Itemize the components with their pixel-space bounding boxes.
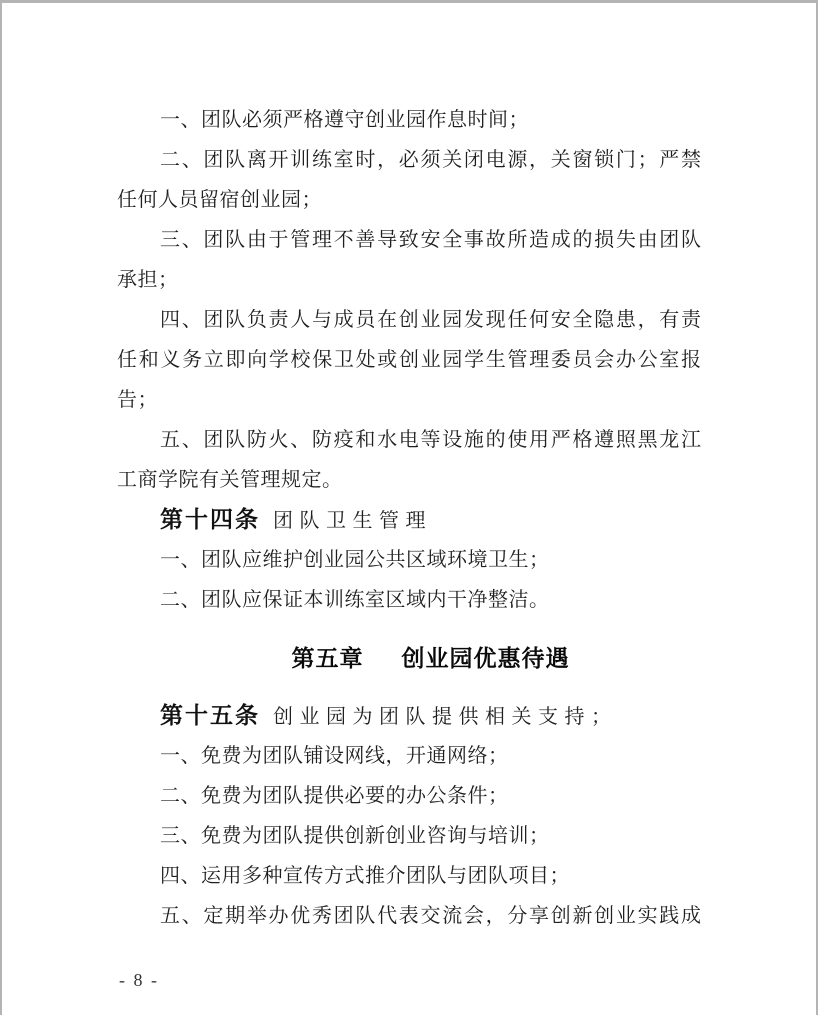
body-line: 一、免费为团队铺设网线，开通网络； <box>117 736 701 776</box>
body-line: 一、团队必须严格遵守创业园作息时间； <box>117 100 701 140</box>
body-line: 三、团队由于管理不善导致安全事故所造成的损失由团队 <box>117 220 701 260</box>
body-line: 任何人员留宿创业园； <box>117 180 701 220</box>
body-line: 五、团队防火、防疫和水电等设施的使用严格遵照黑龙江 <box>117 420 701 460</box>
clause-title: 团队卫生管理 <box>273 510 432 532</box>
body-line: 工商学院有关管理规定。 <box>117 460 701 500</box>
body-line: 二、团队应保证本训练室区域内干净整洁。 <box>117 580 701 620</box>
body-line: 承担； <box>117 260 701 300</box>
body-line: 五、定期举办优秀团队代表交流会，分享创新创业实践成 <box>117 896 701 936</box>
body-line: 三、免费为团队提供创新创业咨询与培训； <box>117 816 701 856</box>
body-line: 四、团队负责人与成员在创业园发现任何安全隐患，有责 <box>117 300 701 340</box>
body-line: 四、运用多种宣传方式推介团队与团队项目； <box>117 856 701 896</box>
clause-number: 第十四条 <box>160 507 260 532</box>
page-number: - 8 - <box>119 970 159 991</box>
clause-title: 创业园为团队提供相关支持； <box>273 706 618 728</box>
document-page: 一、团队必须严格遵守创业园作息时间； 二、团队离开训练室时，必须关闭电源，关窗锁… <box>0 0 818 1015</box>
clause-line: 第十四条团队卫生管理 <box>117 500 701 540</box>
chapter-title: 创业园优惠待遇 <box>402 645 570 671</box>
body-line: 一、团队应维护创业园公共区域环境卫生； <box>117 540 701 580</box>
body-line: 二、免费为团队提供必要的办公条件； <box>117 776 701 816</box>
chapter-number: 第五章 <box>292 645 364 671</box>
body-line: 告； <box>117 380 701 420</box>
clause-number: 第十五条 <box>160 703 260 728</box>
chapter-heading: 第五章创业园优惠待遇 <box>117 638 701 678</box>
body-line: 二、团队离开训练室时，必须关闭电源，关窗锁门；严禁 <box>117 140 701 180</box>
document-body: 一、团队必须严格遵守创业园作息时间； 二、团队离开训练室时，必须关闭电源，关窗锁… <box>117 100 701 936</box>
body-line: 任和义务立即向学校保卫处或创业园学生管理委员会办公室报 <box>117 340 701 380</box>
clause-line: 第十五条创业园为团队提供相关支持； <box>117 696 701 736</box>
